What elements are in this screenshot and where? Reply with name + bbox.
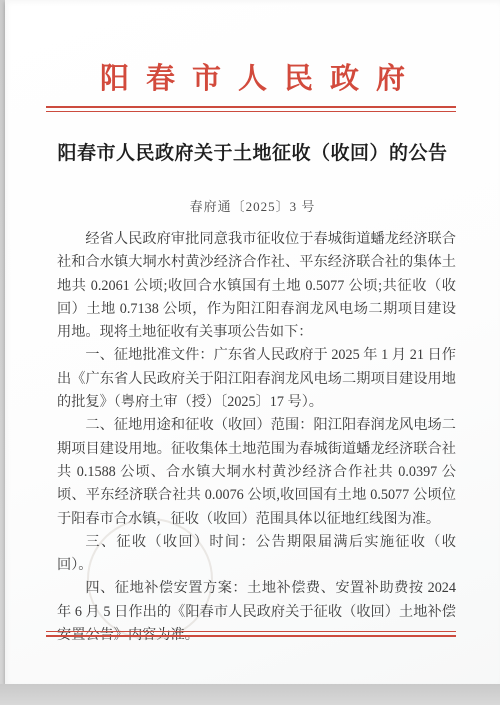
announcement-body: 经省人民政府审批同意我市征收位于春城街道蟠龙经济联合社和合水镇大垌水村黄沙经济合… — [57, 228, 456, 647]
scan-backdrop: 阳春市人民政府 阳春市人民政府关于土地征收（收回）的公告 春府通〔2025〕3 … — [0, 0, 500, 705]
government-agency-header: 阳春市人民政府 — [5, 56, 500, 97]
announcement-title: 阳春市人民政府关于土地征收（收回）的公告 — [5, 138, 500, 165]
document-page: 阳春市人民政府 阳春市人民政府关于土地征收（收回）的公告 春府通〔2025〕3 … — [5, 0, 500, 684]
paragraph-item-3: 三、征收（收回）时间：公告期限届满后实施征收（收回）。 — [57, 531, 456, 578]
footer-double-rule — [46, 631, 456, 637]
desk-surface — [0, 684, 500, 705]
paragraph-item-1: 一、征地批准文件：广东省人民政府于 2025 年 1 月 21 日作出《广东省人… — [57, 344, 456, 414]
document-number: 春府通〔2025〕3 号 — [5, 196, 500, 215]
paragraph-item-2: 二、征地用途和征收（收回）范围：阳江阳春润龙风电场二期项目建设用地。征收集体土地… — [57, 414, 456, 530]
paragraph-intro: 经省人民政府审批同意我市征收位于春城街道蟠龙经济联合社和合水镇大垌水村黄沙经济合… — [57, 228, 456, 344]
header-double-rule — [46, 106, 456, 112]
